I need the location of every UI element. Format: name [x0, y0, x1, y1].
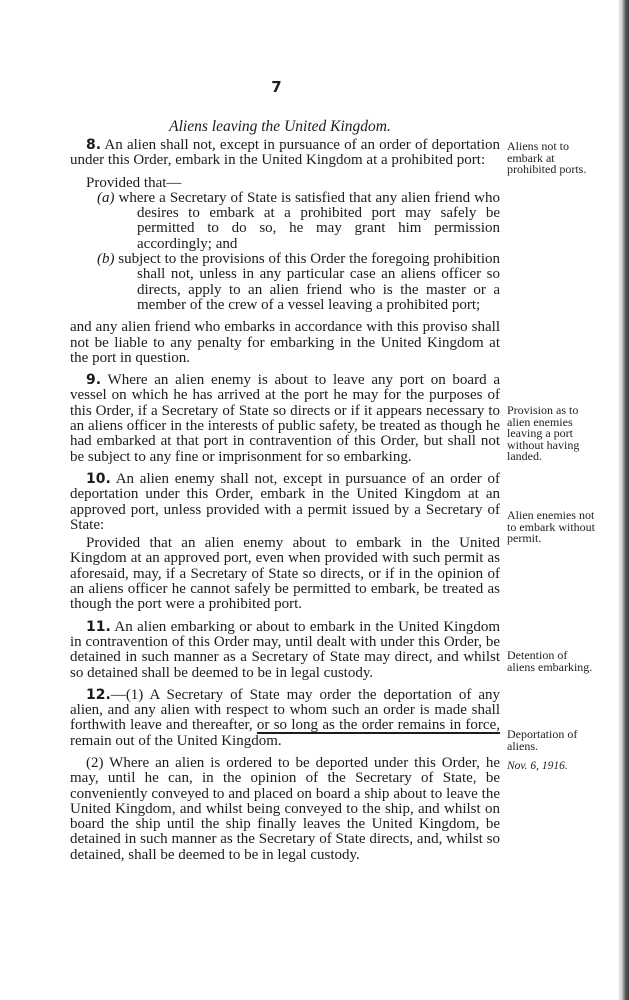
item-text: subject to the provisions of this Order … — [115, 251, 501, 313]
section-10: 10. An alien enemy shall not, except in … — [70, 472, 500, 533]
section-heading: Aliens leaving the United Kingdom. — [60, 118, 500, 136]
section-number: 12. — [86, 687, 111, 703]
main-text: 8. An alien shall not, except in pursuan… — [70, 138, 500, 863]
proviso-item-a: (a) where a Secretary of State is satisf… — [70, 191, 500, 252]
section-text: remain out of the United Kingdom. — [70, 733, 282, 749]
section-9: 9. Where an alien enemy is about to leav… — [70, 373, 500, 465]
margin-note-10: Alien enemies not to embark without perm… — [507, 510, 597, 545]
section-text: Where an alien enemy is about to leave a… — [70, 372, 500, 464]
page-number: 7 — [0, 78, 591, 96]
proviso-item-b: (b) subject to the provisions of this Or… — [70, 252, 500, 313]
section-12-2: (2) Where an alien is ordered to be depo… — [70, 756, 500, 863]
proviso-intro: Provided that— — [70, 176, 500, 191]
item-label: (b) — [97, 251, 115, 267]
section-number: 9. — [86, 372, 101, 388]
section-8-tail: and any alien friend who embarks in acco… — [70, 320, 500, 366]
item-text: where a Secretary of State is satisfied … — [115, 190, 501, 252]
margin-note-9: Provision as to alien enemies leaving a … — [507, 405, 597, 463]
section-10-proviso: Provided that an alien enemy about to em… — [70, 536, 500, 612]
section-8: 8. An alien shall not, except in pursuan… — [70, 138, 500, 169]
section-number: 10. — [86, 471, 111, 487]
section-number: 11. — [86, 619, 111, 635]
section-11: 11. An alien embarking or about to embar… — [70, 620, 500, 681]
item-label: (a) — [97, 190, 115, 206]
section-text: An alien enemy shall not, except in purs… — [70, 471, 500, 533]
margin-note-11: Detention of aliens embarking. — [507, 650, 597, 673]
page-edge — [621, 0, 629, 1000]
section-12-1: 12.—(1) A Secretary of State may order t… — [70, 688, 500, 749]
section-text: An alien embarking or about to embark in… — [70, 619, 500, 681]
underlined-amendment: or so long as the order remains in force… — [257, 717, 500, 733]
section-number: 8. — [86, 137, 101, 153]
margin-note-8: Aliens not to embark at prohibited ports… — [507, 141, 597, 176]
margin-date-12: Nov. 6, 1916. — [507, 761, 597, 773]
margin-note-12: Deportation of aliens. — [507, 729, 597, 752]
section-text: An alien shall not, except in pursuance … — [70, 137, 500, 168]
